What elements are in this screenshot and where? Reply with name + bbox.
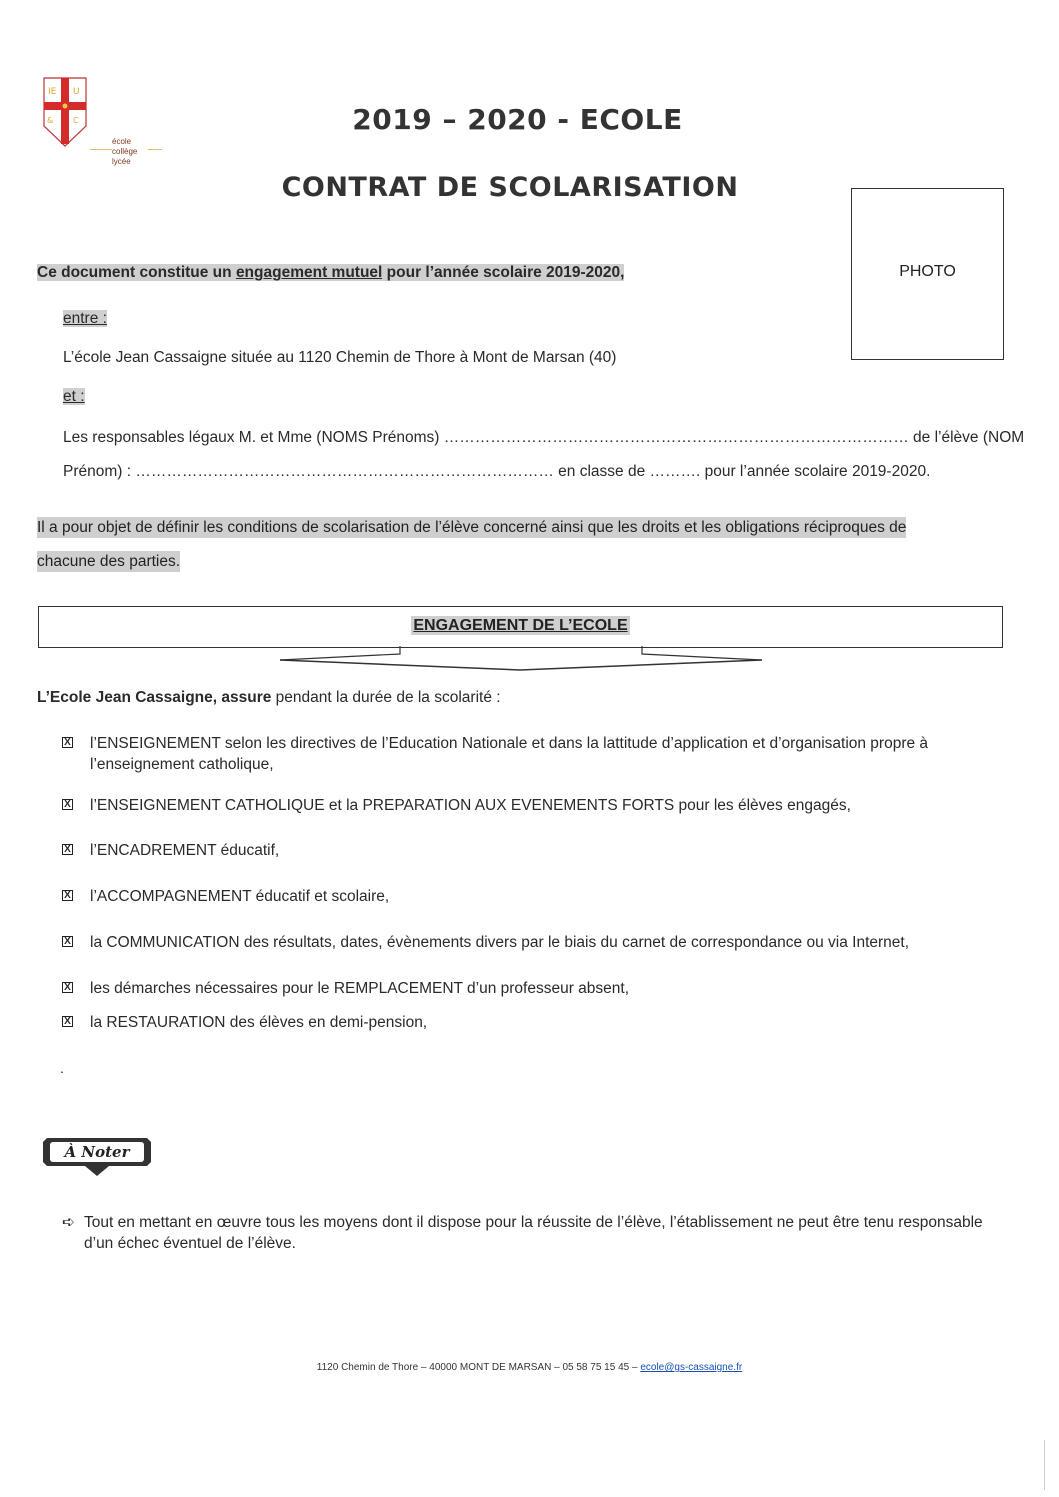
guardians-line-1: Les responsables légaux M. et Mme (NOMS … (63, 429, 1024, 447)
list-item-text: l’ENSEIGNEMENT selon les directives de l… (90, 733, 982, 775)
guardians-line-2: Prénom) : ……………………………………………………………………… en… (63, 463, 930, 481)
logo-line-ecole: école (112, 137, 137, 147)
checkbox-checked-icon[interactable]: X (62, 982, 73, 993)
note-paragraph: ➪ Tout en mettant en œuvre tous les moye… (62, 1212, 997, 1254)
logo-divider (148, 149, 162, 150)
list-item-text: la COMMUNICATION des résultats, dates, é… (90, 932, 982, 953)
intro-statement: Ce document constitue un engagement mutu… (37, 264, 624, 282)
photo-placeholder: PHOTO (851, 188, 1004, 360)
et-text: et : (63, 388, 85, 405)
a-noter-label: À Noter (50, 1143, 144, 1161)
list-item: X l’ENSEIGNEMENT CATHOLIQUE et la PREPAR… (62, 795, 982, 816)
logo-divider (90, 149, 112, 150)
logo-line-lycee: lycée (112, 157, 137, 167)
list-item-text: l’ACCOMPAGNEMENT éducatif et scolaire, (90, 886, 982, 907)
list-item: X l’ENCADREMENT éducatif, (62, 840, 982, 861)
list-item: X l’ENSEIGNEMENT selon les directives de… (62, 733, 982, 775)
photo-label: PHOTO (852, 263, 1003, 281)
svg-text:IE: IE (48, 87, 57, 97)
stray-dot: . (60, 1060, 64, 1076)
purpose-line-1: Il a pour objet de définir les condition… (37, 517, 906, 538)
checkbox-checked-icon[interactable]: X (62, 737, 73, 748)
purpose-statement: Il a pour objet de définir les condition… (37, 511, 997, 579)
intro-before: Ce document constitue un (37, 264, 236, 281)
a-noter-badge: À Noter (41, 1136, 153, 1178)
logo-caption: école collège lycée (112, 137, 137, 167)
list-item: X l’ACCOMPAGNEMENT éducatif et scolaire, (62, 886, 982, 907)
logo-line-college: collège (112, 147, 137, 157)
list-item-text: les démarches nécessaires pour le REMPLA… (90, 978, 982, 999)
intro-after: pour l’année scolaire 2019-2020, (382, 264, 624, 281)
list-item-text: l’ENSEIGNEMENT CATHOLIQUE et la PREPARAT… (90, 795, 982, 816)
school-party: L’école Jean Cassaigne située au 1120 Ch… (63, 349, 616, 367)
footer-address: 1120 Chemin de Thore – 40000 MONT DE MAR… (317, 1362, 641, 1373)
checkbox-checked-icon[interactable]: X (62, 844, 73, 855)
intro-underlined: engagement mutuel (236, 264, 382, 281)
down-arrow-icon (270, 646, 770, 672)
list-item: X la COMMUNICATION des résultats, dates,… (62, 932, 982, 953)
assure-intro: L’Ecole Jean Cassaigne, assure pendant l… (37, 689, 501, 707)
note-body: Tout en mettant en œuvre tous les moyens… (84, 1212, 997, 1254)
document-title: 2019 – 2020 - ECOLE (0, 103, 1035, 136)
section-title-text: ENGAGEMENT DE L’ECOLE (411, 616, 629, 635)
svg-text:U: U (73, 87, 80, 97)
hook-arrow-icon: ➪ (62, 1212, 75, 1233)
checkbox-checked-icon[interactable]: X (62, 936, 73, 947)
list-item: X la RESTAURATION des élèves en demi-pen… (62, 1012, 982, 1033)
checkbox-checked-icon[interactable]: X (62, 799, 73, 810)
entre-text: entre : (63, 310, 107, 327)
section-title: ENGAGEMENT DE L’ECOLE (39, 617, 1002, 635)
footer-contact: 1120 Chemin de Thore – 40000 MONT DE MAR… (0, 1362, 1059, 1373)
footer-email-link[interactable]: ecole@gs-cassaigne.fr (640, 1362, 742, 1373)
list-item-text: la RESTAURATION des élèves en demi-pensi… (90, 1012, 982, 1033)
purpose-line-2: chacune des parties. (37, 551, 180, 572)
section-header-box: ENGAGEMENT DE L’ECOLE (38, 606, 1003, 648)
checkbox-checked-icon[interactable]: X (62, 1016, 73, 1027)
scan-edge (1044, 1440, 1045, 1490)
assure-bold: L’Ecole Jean Cassaigne, assure (37, 689, 271, 706)
list-item-text: l’ENCADREMENT éducatif, (90, 840, 982, 861)
entre-label: entre : (63, 310, 107, 328)
list-item: X les démarches nécessaires pour le REMP… (62, 978, 982, 999)
et-label: et : (63, 388, 85, 406)
checkbox-checked-icon[interactable]: X (62, 890, 73, 901)
assure-rest: pendant la durée de la scolarité : (271, 689, 500, 706)
